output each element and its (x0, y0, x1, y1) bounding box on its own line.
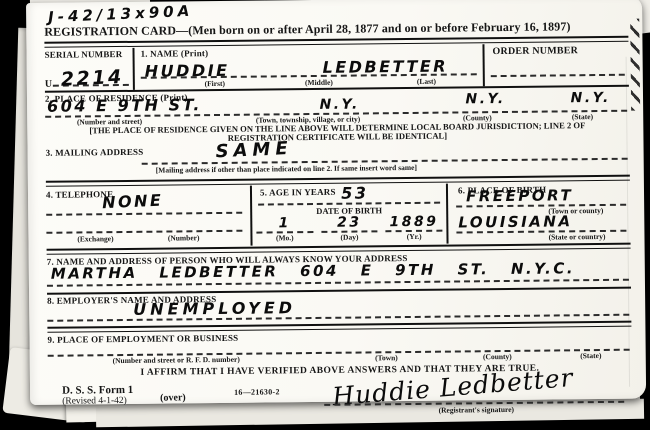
serial-number-label: SERIAL NUMBER (44, 49, 132, 60)
age-handwritten: 53 (341, 185, 368, 201)
field-telephone: 4. TELEPHONE NONE (Exchange) (Number) (46, 186, 253, 248)
registration-card: J-42/13x90A REGISTRATION CARD—(Men born … (26, 0, 646, 405)
print-code: 16—21630-2 (234, 382, 320, 423)
contact-handwritten: MARTHA LEDBETTER 604 E 9TH ST. N.Y.C. (51, 261, 575, 281)
sublabel-exchange: (Exchange) (77, 234, 113, 243)
order-number-line (491, 74, 625, 77)
mailing-sublabel: [Mailing address if other than place ind… (156, 163, 417, 175)
telephone-line (46, 212, 242, 216)
residence-county-handwritten: N.Y. (465, 92, 505, 106)
residence-state-handwritten: N.Y. (571, 91, 611, 105)
birth-town-handwritten: FREEPORT (466, 188, 573, 204)
field-age-and-dob: 5. AGE IN YEARS 53 DATE OF BIRTH 1 (Mo.)… (252, 184, 449, 246)
sublabel-last: (Last) (417, 77, 436, 86)
mailing-address-handwritten: SAME (215, 140, 293, 161)
field-place-of-employment: 9. PLACE OF EMPLOYMENT OR BUSINESS (Numb… (47, 328, 631, 369)
card-footer: D. S. S. Form 1 (Revised 4-1-42) (over) … (48, 375, 632, 425)
field-contact-person: 7. NAME AND ADDRESS OF PERSON WHO WILL A… (47, 250, 631, 293)
dob-month-handwritten: 1 (278, 216, 290, 230)
telephone-handwritten: NONE (102, 193, 164, 212)
sublabel-number-street-rfd: (Number and street or R. F. D. number) (113, 355, 240, 365)
field-serial-number: SERIAL NUMBER U 2214 (44, 48, 134, 91)
birth-state-handwritten: LOUISIANA (458, 214, 572, 230)
dob-year: 1889 (Yr.) (386, 215, 443, 242)
sublabel-year: (Yr.) (407, 232, 422, 241)
over-note: (over) (160, 383, 234, 424)
form-identifier: D. S. S. Form 1 (Revised 4-1-42) (48, 384, 160, 425)
field-order-number: ORDER NUMBER (484, 43, 628, 87)
mailing-address-label: 3. MAILING ADDRESS (46, 147, 144, 158)
sublabel-registrants-signature: (Registrant's signature) (438, 405, 514, 415)
sublabel-state-or-country: (State or country) (549, 232, 606, 242)
row-serial-name-order: SERIAL NUMBER U 2214 1. NAME (Print) HUD… (44, 43, 628, 91)
field-registrant-signature: Huddie Ledbetter (Registrant's signature… (320, 379, 632, 422)
form-revision: (Revised 4-1-42) (62, 396, 160, 407)
scan-background: J-42/13x90A REGISTRATION CARD—(Men born … (0, 0, 650, 430)
sublabel-emp-county: (County) (483, 352, 512, 361)
form-number: D. S. S. Form 1 (62, 384, 160, 397)
field-employer: 8. EMPLOYER'S NAME AND ADDRESS UNEMPLOYE… (47, 289, 631, 326)
sublabel-middle: (Middle) (305, 78, 333, 87)
sublabel-number: (Number) (168, 233, 200, 242)
residence-street-handwritten: 604 E 9TH ST. (47, 97, 202, 115)
field-place-of-residence: 2. PLACE OF RESIDENCE (Print) 604 E 9TH … (45, 87, 630, 145)
binding-marks (630, 19, 640, 111)
sublabel-first: (First) (205, 79, 225, 88)
sublabel-day: (Day) (340, 233, 358, 242)
telephone-sublabels: (Exchange) (Number) (46, 233, 242, 245)
file-notation-text: J-42/13x90A (48, 4, 194, 26)
dob-year-handwritten: 1889 (389, 215, 438, 230)
serial-value-handwritten: 2214 (60, 68, 124, 90)
dob-month: 1 (Mo.) (256, 216, 313, 243)
residence-city-handwritten: N.Y. (319, 98, 359, 112)
sublabel-month: (Mo.) (276, 233, 294, 242)
field-place-of-birth: 6. PLACE OF BIRTH FREEPORT (Town or coun… (448, 182, 631, 244)
sublabel-emp-state: (State) (580, 351, 601, 360)
employer-handwritten: UNEMPLOYED (133, 300, 296, 318)
serial-prefix: U (45, 79, 52, 90)
sublabel-emp-town: (Town) (375, 353, 398, 362)
field-mailing-address: 3. MAILING ADDRESS SAME [Mailing address… (45, 139, 629, 180)
field-name: 1. NAME (Print) HUDDIE LEDBETTER (First)… (134, 44, 484, 90)
row-telephone-age-birth: 4. TELEPHONE NONE (Exchange) (Number) 5.… (46, 182, 631, 248)
dob-day-handwritten: 23 (337, 215, 362, 229)
order-number-label: ORDER NUMBER (492, 45, 624, 58)
dob-fields: 1 (Mo.) 23 (Day) 1889 (Yr.) (256, 215, 442, 243)
dob-day: 23 (Day) (321, 215, 378, 242)
